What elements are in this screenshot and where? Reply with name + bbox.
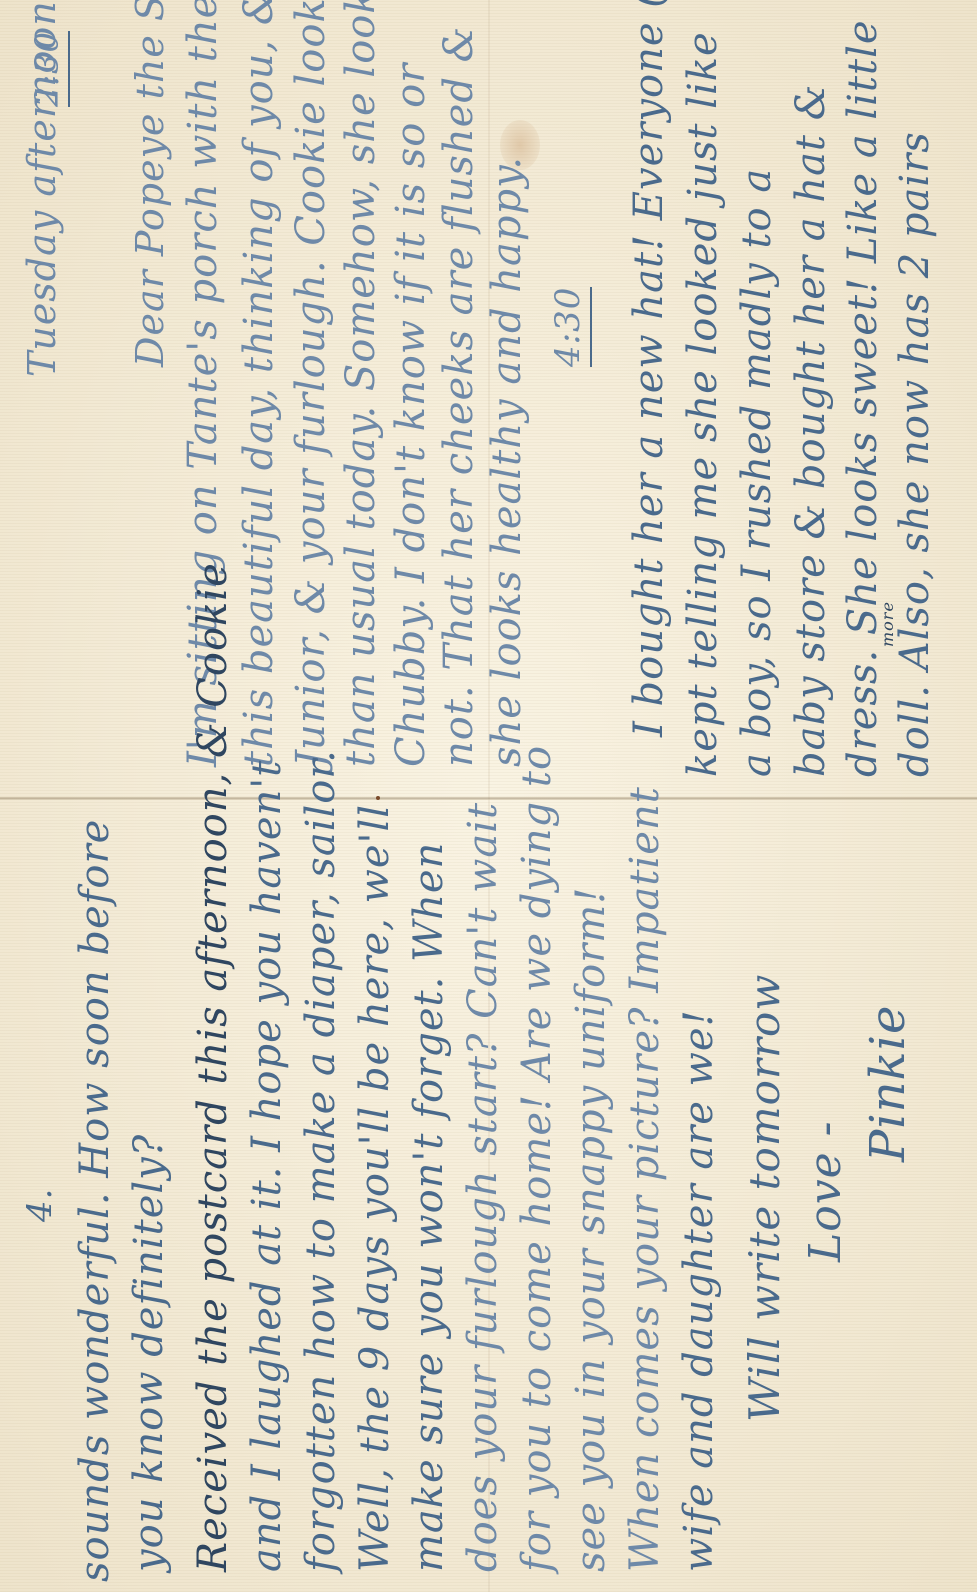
para1-line-6: not. That her cheeks are flushed & [436, 26, 482, 767]
p4-para2-line-9: When comes your picture? Impatient [622, 786, 668, 1572]
para1-line-2: this beautiful day, thinking of you, & [236, 0, 282, 767]
p4-para2-line-2: and I laughed at it. I hope you haven't [244, 760, 290, 1572]
closing-note: Will write tomorrow [740, 974, 789, 1422]
page-lower: 4. sounds wonderful. How soon before you… [0, 800, 977, 1592]
para2-line-5: dress. She looks sweet! Like a little [840, 19, 886, 777]
header-day: Tuesday afternoon [20, 0, 64, 377]
p4-para2-line-3: forgotten how to make a diaper, sailor. [298, 749, 344, 1572]
para1-line-7: she looks healthy and happy. [484, 156, 530, 767]
p4-para1-line-2: you know definitely? [126, 1134, 172, 1572]
para2-line-1: I bought her a new hat! Everyone (you, t… [626, 0, 672, 737]
p4-para2-line-7: for you to come home! Are we dying to [514, 745, 560, 1572]
p4-para2-line-8: see you in your snappy uniform! [568, 887, 614, 1572]
time-mark: 4:30 [548, 287, 588, 367]
closing: Love - [800, 1121, 851, 1262]
p4-para2-line-10: wife and daughter are we! [676, 1009, 722, 1572]
insertion-note: more [878, 601, 897, 647]
para1-line-3: Junior, & your furlough. Cookie looks sw… [288, 0, 334, 767]
p4-para2-line-5: make sure you won't forget. When [406, 842, 452, 1572]
p4-para2-line-4: Well, the 9 days you'll be here, we'll [352, 804, 398, 1572]
para2-line-6: doll. Also, she now has 2 pairs [892, 131, 938, 777]
para2-line-3: a boy, so I rushed madly to a [734, 168, 780, 777]
salutation: Dear Popeye the Sailorman - [128, 0, 172, 367]
page-number: 4. [20, 1188, 60, 1222]
signature: Pinkie [860, 1005, 916, 1162]
para1-line-5: Chubby. I don't know if it is so or [388, 63, 434, 767]
p4-para1-line-1: sounds wonderful. How soon before [72, 819, 118, 1582]
page-upper: 2:30 Tuesday afternoon Dear Popeye the S… [0, 0, 977, 797]
para2-line-2: kept telling me she looked just like [680, 31, 726, 777]
p4-para2-line-1: Received the postcard this afternoon, & … [190, 562, 236, 1572]
p4-para2-line-6: does your furlough start? Can't wait [460, 802, 506, 1572]
para1-line-4: than usual today. Somehow, she looks [338, 0, 384, 767]
para2-line-4: baby store & bought her a hat & [788, 84, 834, 777]
